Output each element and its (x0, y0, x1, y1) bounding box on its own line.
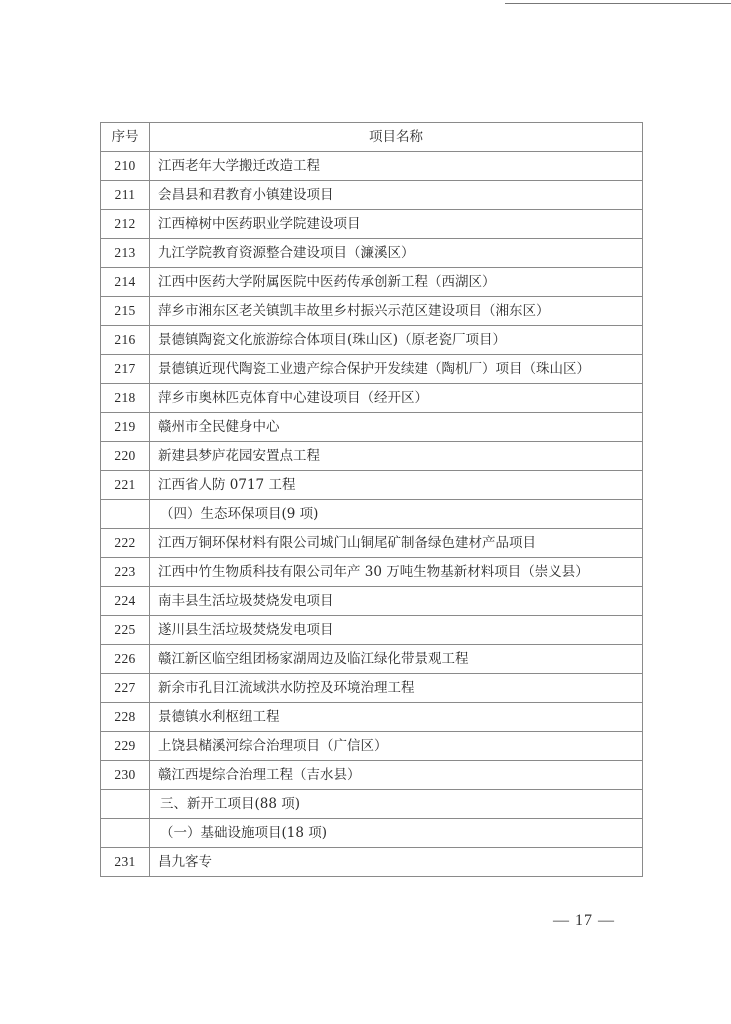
section-row: （四）生态环保项目(9 项) (101, 500, 643, 529)
project-name: 赣江新区临空组团杨家湖周边及临江绿化带景观工程 (150, 645, 643, 674)
header-rule (505, 3, 731, 4)
row-number: 219 (101, 413, 150, 442)
section-row: 三、新开工项目(88 项) (101, 790, 643, 819)
row-number: 226 (101, 645, 150, 674)
table-row: 211会昌县和君教育小镇建设项目 (101, 181, 643, 210)
table-row: 214江西中医药大学附属医院中医药传承创新工程（西湖区） (101, 268, 643, 297)
project-name: 遂川县生活垃圾焚烧发电项目 (150, 616, 643, 645)
row-number: 212 (101, 210, 150, 239)
row-number: 213 (101, 239, 150, 268)
page-number: — 17 — (553, 912, 615, 930)
row-number: 224 (101, 587, 150, 616)
project-name: 景德镇陶瓷文化旅游综合体项目(珠山区)（原老瓷厂项目） (150, 326, 643, 355)
table-header-row: 序号 项目名称 (101, 123, 643, 152)
section-title: （四）生态环保项目(9 项) (150, 500, 643, 529)
project-name: 赣州市全民健身中心 (150, 413, 643, 442)
project-name: 昌九客专 (150, 848, 643, 877)
row-number: 227 (101, 674, 150, 703)
table-row: 215萍乡市湘东区老关镇凯丰故里乡村振兴示范区建设项目（湘东区） (101, 297, 643, 326)
table-row: 227新余市孔目江流域洪水防控及环境治理工程 (101, 674, 643, 703)
table-row: 226赣江新区临空组团杨家湖周边及临江绿化带景观工程 (101, 645, 643, 674)
row-number (101, 500, 150, 529)
table-row: 221江西省人防 0717 工程 (101, 471, 643, 500)
row-number: 222 (101, 529, 150, 558)
row-number: 221 (101, 471, 150, 500)
project-name: 江西中医药大学附属医院中医药传承创新工程（西湖区） (150, 268, 643, 297)
table-row: 213九江学院教育资源整合建设项目（濂溪区） (101, 239, 643, 268)
header-project-name: 项目名称 (150, 123, 643, 152)
table-row: 222江西万铜环保材料有限公司城门山铜尾矿制备绿色建材产品项目 (101, 529, 643, 558)
project-name: 萍乡市奥林匹克体育中心建设项目（经开区） (150, 384, 643, 413)
project-name: 景德镇水利枢纽工程 (150, 703, 643, 732)
table-row: 225遂川县生活垃圾焚烧发电项目 (101, 616, 643, 645)
project-name: 上饶县槠溪河综合治理项目（广信区） (150, 732, 643, 761)
section-title: 三、新开工项目(88 项) (150, 790, 643, 819)
row-number (101, 819, 150, 848)
table-row: 212江西樟树中医药职业学院建设项目 (101, 210, 643, 239)
project-name: 江西中竹生物质科技有限公司年产 30 万吨生物基新材料项目（崇义县） (150, 558, 643, 587)
table-row: 228景德镇水利枢纽工程 (101, 703, 643, 732)
header-number: 序号 (101, 123, 150, 152)
table-row: 216景德镇陶瓷文化旅游综合体项目(珠山区)（原老瓷厂项目） (101, 326, 643, 355)
table-row: 219赣州市全民健身中心 (101, 413, 643, 442)
row-number: 231 (101, 848, 150, 877)
table-row: 220新建县梦庐花园安置点工程 (101, 442, 643, 471)
table-row: 231昌九客专 (101, 848, 643, 877)
project-name: 赣江西堤综合治理工程（吉水县） (150, 761, 643, 790)
row-number: 214 (101, 268, 150, 297)
project-name: 会昌县和君教育小镇建设项目 (150, 181, 643, 210)
project-name: 江西省人防 0717 工程 (150, 471, 643, 500)
project-name: 新建县梦庐花园安置点工程 (150, 442, 643, 471)
project-name: 南丰县生活垃圾焚烧发电项目 (150, 587, 643, 616)
project-name: 江西万铜环保材料有限公司城门山铜尾矿制备绿色建材产品项目 (150, 529, 643, 558)
project-name: 江西樟树中医药职业学院建设项目 (150, 210, 643, 239)
row-number: 217 (101, 355, 150, 384)
row-number: 230 (101, 761, 150, 790)
row-number: 229 (101, 732, 150, 761)
row-number (101, 790, 150, 819)
row-number: 223 (101, 558, 150, 587)
project-name: 景德镇近现代陶瓷工业遗产综合保护开发续建（陶机厂）项目（珠山区） (150, 355, 643, 384)
row-number: 218 (101, 384, 150, 413)
table-row: 229上饶县槠溪河综合治理项目（广信区） (101, 732, 643, 761)
row-number: 216 (101, 326, 150, 355)
section-row: （一）基础设施项目(18 项) (101, 819, 643, 848)
row-number: 225 (101, 616, 150, 645)
row-number: 228 (101, 703, 150, 732)
row-number: 215 (101, 297, 150, 326)
row-number: 220 (101, 442, 150, 471)
table-body: 210江西老年大学搬迁改造工程211会昌县和君教育小镇建设项目212江西樟树中医… (101, 152, 643, 877)
project-name: 江西老年大学搬迁改造工程 (150, 152, 643, 181)
table-row: 218萍乡市奥林匹克体育中心建设项目（经开区） (101, 384, 643, 413)
project-name: 萍乡市湘东区老关镇凯丰故里乡村振兴示范区建设项目（湘东区） (150, 297, 643, 326)
table-row: 224南丰县生活垃圾焚烧发电项目 (101, 587, 643, 616)
row-number: 211 (101, 181, 150, 210)
section-title: （一）基础设施项目(18 项) (150, 819, 643, 848)
project-table: 序号 项目名称 210江西老年大学搬迁改造工程211会昌县和君教育小镇建设项目2… (100, 122, 643, 877)
table-row: 223江西中竹生物质科技有限公司年产 30 万吨生物基新材料项目（崇义县） (101, 558, 643, 587)
table-row: 230赣江西堤综合治理工程（吉水县） (101, 761, 643, 790)
row-number: 210 (101, 152, 150, 181)
project-name: 九江学院教育资源整合建设项目（濂溪区） (150, 239, 643, 268)
table-row: 217景德镇近现代陶瓷工业遗产综合保护开发续建（陶机厂）项目（珠山区） (101, 355, 643, 384)
table-row: 210江西老年大学搬迁改造工程 (101, 152, 643, 181)
project-name: 新余市孔目江流域洪水防控及环境治理工程 (150, 674, 643, 703)
